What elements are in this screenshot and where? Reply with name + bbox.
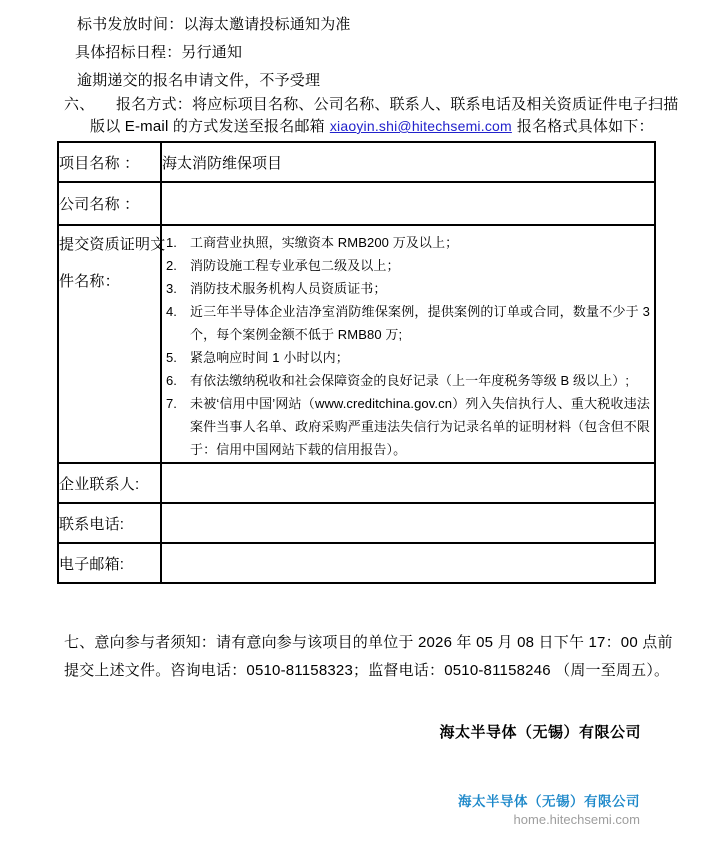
item-text: 未被‘信用中国’网站（www.creditchina.gov.cn）列入失信执行… [190, 392, 652, 461]
qualification-item: 7. 未被‘信用中国’网站（www.creditchina.gov.cn）列入失… [166, 392, 652, 461]
qualification-item: 4. 近三年半导体企业洁净室消防维保案例，提供案例的订单或合同，数量不少于 3 … [166, 300, 652, 346]
signup-form-table: 项目名称 ： 海太消防维保项目 公司名称 ： 提交资质证明文件名称： 1. 工商… [57, 141, 656, 584]
intro-line-bid-issue-time: 标书发放时间：以海太邀请投标通知为准 [77, 13, 351, 34]
qualification-item: 2. 消防设施工程专业承包二级及以上； [166, 254, 652, 277]
item6-marker: 六、 [64, 93, 116, 114]
company-name-label: 公司名称 ： [58, 182, 161, 225]
footer-company-name: 海太半导体（无锡）有限公司 [458, 790, 640, 810]
item-number: 6. [166, 369, 190, 392]
item6-line2-after: 报名格式具体如下： [517, 118, 654, 135]
qualifications-label: 提交资质证明文件名称： [58, 225, 161, 463]
contact-phone-value [161, 503, 655, 543]
table-row-company-name: 公司名称 ： [58, 182, 655, 225]
project-name-label: 项目名称 ： [58, 142, 161, 182]
signup-email-link[interactable]: xiaoyin.shi@hitechsemi.com [330, 118, 512, 134]
table-row-contact-phone: 联系电话: [58, 503, 655, 543]
item-number: 3. [166, 277, 190, 300]
qualification-item: 3. 消防技术服务机构人员资质证书； [166, 277, 652, 300]
contact-person-value [161, 463, 655, 503]
qualification-item: 1. 工商营业执照，实缴资本 RMB200 万及以上； [166, 231, 652, 254]
item6-signup-method-line1: 六、报名方式：将应标项目名称、公司名称、联系人、联系电话及相关资质证件电子扫描 [64, 93, 678, 114]
email-field-value [161, 543, 655, 583]
table-row-email: 电子邮箱: [58, 543, 655, 583]
qualification-list: 1. 工商营业执照，实缴资本 RMB200 万及以上； 2. 消防设施工程专业承… [164, 226, 654, 461]
email-field-label: 电子邮箱: [58, 543, 161, 583]
item6-text: 报名方式：将应标项目名称、公司名称、联系人、联系电话及相关资质证件电子扫描 [116, 96, 678, 113]
notice-line-2: 提交上述文件。咨询电话：0510-81158323；监督电话：0510-8115… [64, 657, 673, 685]
item6-line2-before: 版以 E-mail 的方式发送至报名邮箱 [90, 118, 325, 135]
intro-line-schedule: 具体招标日程：另行通知 [75, 41, 242, 62]
footer-website-link[interactable]: home.hitechsemi.com [514, 812, 640, 827]
qualifications-label-text: 提交资质证明文件名称： [59, 226, 171, 300]
project-name-value: 海太消防维保项目 [161, 142, 655, 182]
table-row-contact-person: 企业联系人: [58, 463, 655, 503]
item-number: 5. [166, 346, 190, 369]
qualification-item: 5. 紧急响应时间 1 小时以内； [166, 346, 652, 369]
contact-phone-label: 联系电话: [58, 503, 161, 543]
item6-signup-method-line2: 版以 E-mail 的方式发送至报名邮箱xiaoyin.shi@hitechse… [90, 115, 654, 136]
item-text: 有依法缴纳税收和社会保障资金的良好记录（上一年度税务等级 B 级以上）; [190, 369, 652, 392]
item-text: 工商营业执照，实缴资本 RMB200 万及以上； [190, 231, 652, 254]
document-page: 标书发放时间：以海太邀请投标通知为准 具体招标日程：另行通知 逾期递交的报名申请… [0, 0, 706, 846]
item-text: 消防技术服务机构人员资质证书； [190, 277, 652, 300]
item-text: 紧急响应时间 1 小时以内； [190, 346, 652, 369]
item-number: 2. [166, 254, 190, 277]
qualifications-value: 1. 工商营业执照，实缴资本 RMB200 万及以上； 2. 消防设施工程专业承… [161, 225, 655, 463]
item-number: 1. [166, 231, 190, 254]
contact-person-label: 企业联系人: [58, 463, 161, 503]
notice-paragraph: 七、意向参与者须知：请有意向参与该项目的单位于 2026 年 05 月 08 日… [64, 629, 673, 684]
company-name-value [161, 182, 655, 225]
notice-line-1: 七、意向参与者须知：请有意向参与该项目的单位于 2026 年 05 月 08 日… [64, 629, 673, 657]
qualification-item: 6. 有依法缴纳税收和社会保障资金的良好记录（上一年度税务等级 B 级以上）; [166, 369, 652, 392]
item-text: 近三年半导体企业洁净室消防维保案例，提供案例的订单或合同，数量不少于 3 个，每… [190, 300, 652, 346]
table-row-project-name: 项目名称 ： 海太消防维保项目 [58, 142, 655, 182]
table-row-qualifications: 提交资质证明文件名称： 1. 工商营业执照，实缴资本 RMB200 万及以上； … [58, 225, 655, 463]
signature-company-name: 海太半导体（无锡）有限公司 [439, 721, 641, 742]
item-text: 消防设施工程专业承包二级及以上； [190, 254, 652, 277]
intro-line-overdue: 逾期递交的报名申请文件，不予受理 [77, 69, 320, 90]
item-number: 7. [166, 392, 190, 461]
item-number: 4. [166, 300, 190, 346]
